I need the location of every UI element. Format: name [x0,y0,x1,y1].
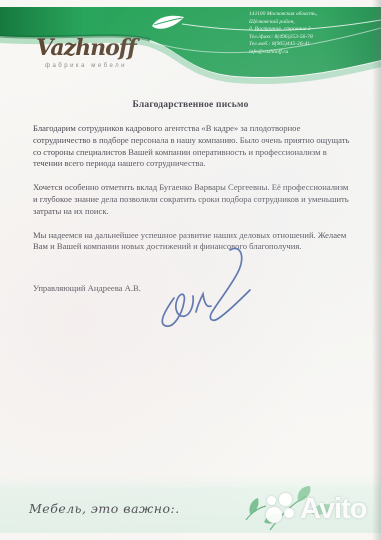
footer-slogan: Мебель, это важно:. [29,501,180,516]
letter-body: Благодарим сотрудников кадрового агентст… [33,123,354,265]
logo-tagline: фабрика мебели [24,63,148,69]
letter-paragraph: Хочется особенно отметить вклад Бугаенко… [33,182,354,217]
handwritten-signature [146,246,256,334]
contact-line: Тел.моб.: 8(965)445-26-41 [249,41,359,49]
avito-wordmark: Avito [300,492,366,526]
contact-line: 141100 Московская область, [249,11,359,19]
signatory-line: Управляющий Андреева А.В. [33,283,141,293]
logo-wordmark: Vazhnoff [24,36,148,60]
avito-watermark: Avito [266,492,366,526]
contact-line: info@vazhnoff.ru [249,49,359,57]
company-logo: Vazhnoff фабрика мебели [24,36,148,69]
contact-info: 141100 Московская область, Щёлковский ра… [249,11,359,57]
letter-paragraph: Благодарим сотрудников кадрового агентст… [33,123,354,170]
avito-logo-icon [266,492,298,526]
contact-line: д. Восточная, строение 2 [249,26,359,34]
page-edge-shadow [372,0,381,540]
scanned-letter-page: Vazhnoff фабрика мебели 141100 Московска… [0,0,381,540]
letter-title: Благодарственное письмо [0,100,381,110]
